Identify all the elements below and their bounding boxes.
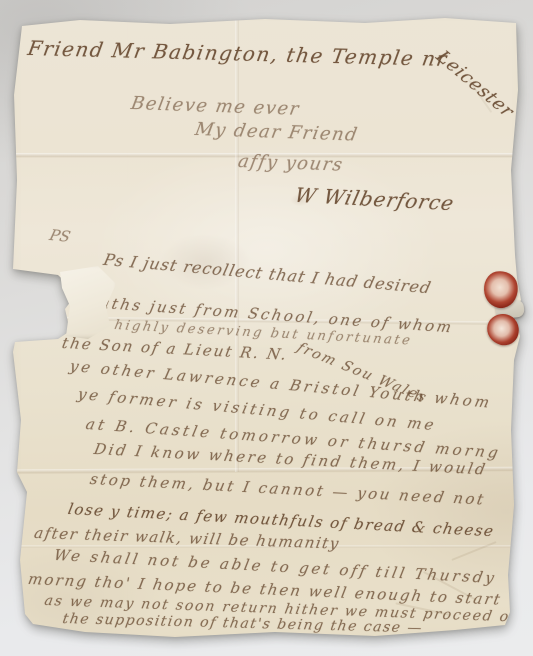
postscript-line-1: Ps I just recollect that I had desired — [102, 250, 434, 297]
postscript-mark: PS — [48, 226, 73, 246]
address-town: Leicester — [431, 47, 519, 122]
valediction-recipient: My dear Friend — [193, 119, 360, 146]
wrinkle-line — [451, 541, 496, 561]
postscript-line-8: stop them, but I cannot — you need not — [89, 470, 488, 509]
signature: W Wilberforce — [293, 183, 457, 215]
valediction-closing: affy yours — [236, 151, 345, 176]
photo-background: Friend Mr Babington, the Temple nr Leice… — [0, 0, 533, 656]
address-line: Friend Mr Babington, the Temple nr — [26, 36, 450, 71]
valediction-line: Believe me ever — [129, 93, 301, 120]
letter-paper-wrap: Friend Mr Babington, the Temple nr Leice… — [0, 0, 533, 656]
